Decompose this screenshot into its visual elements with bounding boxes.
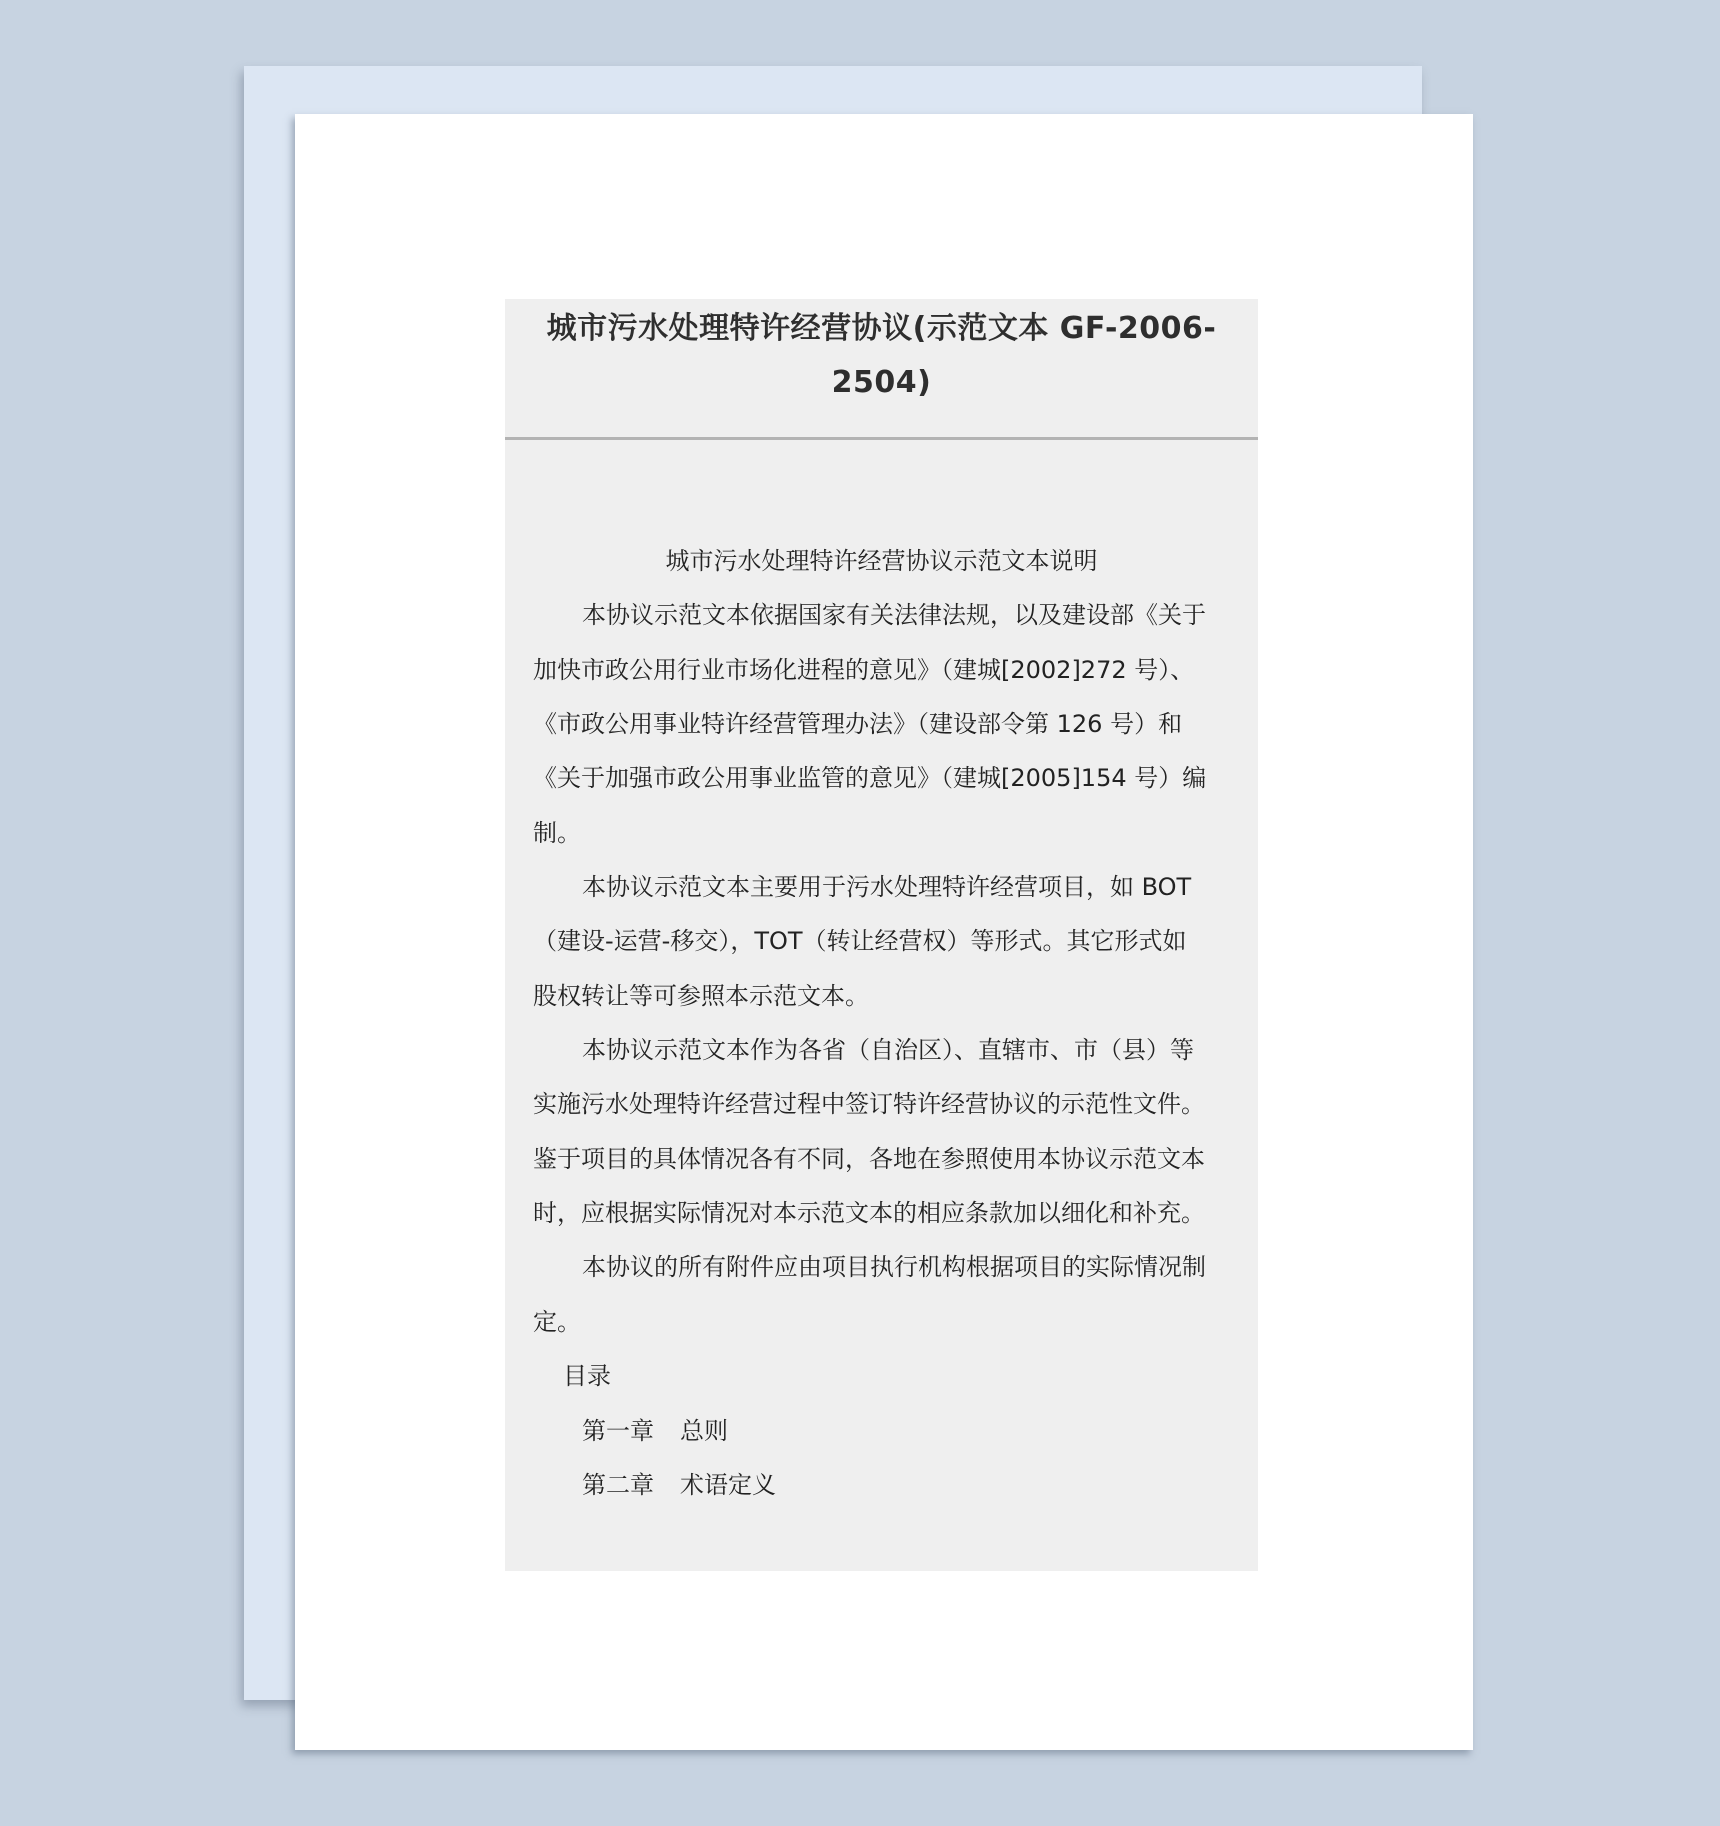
paragraph-2-line-1: 本协议示范文本主要用于污水处理特许经营项目，如 BOT xyxy=(533,860,1233,914)
paragraph-3-line-1: 本协议示范文本作为各省（自治区）、直辖市、市（县）等 xyxy=(533,1023,1233,1077)
document-title-line-2: 2504) xyxy=(832,365,932,400)
document-subtitle: 城市污水处理特许经营协议示范文本说明 xyxy=(533,534,1230,588)
toc-chapter-name: 术语定义 xyxy=(680,1471,776,1499)
toc-item-chapter-2[interactable]: 第二章术语定义 xyxy=(533,1458,1233,1512)
document-content-area: 城市污水处理特许经营协议(示范文本 GF-2006- 2504) 城市污水处理特… xyxy=(505,299,1258,1571)
paragraph-1-line-4: 《关于加强市政公用事业监管的意见》（建城[2005]154 号）编 xyxy=(533,751,1233,805)
toc-chapter-number: 第二章 xyxy=(582,1471,654,1499)
toc-item-chapter-1[interactable]: 第一章总则 xyxy=(533,1404,1233,1458)
document-title: 城市污水处理特许经营协议(示范文本 GF-2006- 2504) xyxy=(533,302,1230,410)
paragraph-1-line-2: 加快市政公用行业市场化进程的意见》（建城[2002]272 号）、 xyxy=(533,643,1233,697)
toc-chapter-name: 总则 xyxy=(680,1417,728,1445)
paragraph-2-line-3: 股权转让等可参照本示范文本。 xyxy=(533,969,1233,1023)
paragraph-3-line-2: 实施污水处理特许经营过程中签订特许经营协议的示范性文件。 xyxy=(533,1077,1233,1131)
paragraph-3-line-3: 鉴于项目的具体情况各有不同，各地在参照使用本协议示范文本 xyxy=(533,1132,1233,1186)
paragraph-4-line-1: 本协议的所有附件应由项目执行机构根据项目的实际情况制 xyxy=(533,1240,1233,1294)
toc-heading: 目录 xyxy=(533,1349,1233,1403)
paragraph-1-line-1: 本协议示范文本依据国家有关法律法规，以及建设部《关于 xyxy=(533,588,1233,642)
document-header: 城市污水处理特许经营协议(示范文本 GF-2006- 2504) xyxy=(505,299,1258,440)
document-body: 城市污水处理特许经营协议示范文本说明 本协议示范文本依据国家有关法律法规，以及建… xyxy=(533,534,1233,1512)
paragraph-4-line-2: 定。 xyxy=(533,1295,1233,1349)
paragraph-1-line-3: 《市政公用事业特许经营管理办法》（建设部令第 126 号）和 xyxy=(533,697,1233,751)
paragraph-1-line-5: 制。 xyxy=(533,806,1233,860)
document-page: 城市污水处理特许经营协议(示范文本 GF-2006- 2504) 城市污水处理特… xyxy=(295,114,1473,1750)
paragraph-3-line-4: 时，应根据实际情况对本示范文本的相应条款加以细化和补充。 xyxy=(533,1186,1233,1240)
paragraph-2-line-2: （建设-运营-移交），TOT（转让经营权）等形式。其它形式如 xyxy=(533,914,1233,968)
toc-chapter-number: 第一章 xyxy=(582,1417,654,1445)
document-title-line-1: 城市污水处理特许经营协议(示范文本 GF-2006- xyxy=(547,311,1217,346)
